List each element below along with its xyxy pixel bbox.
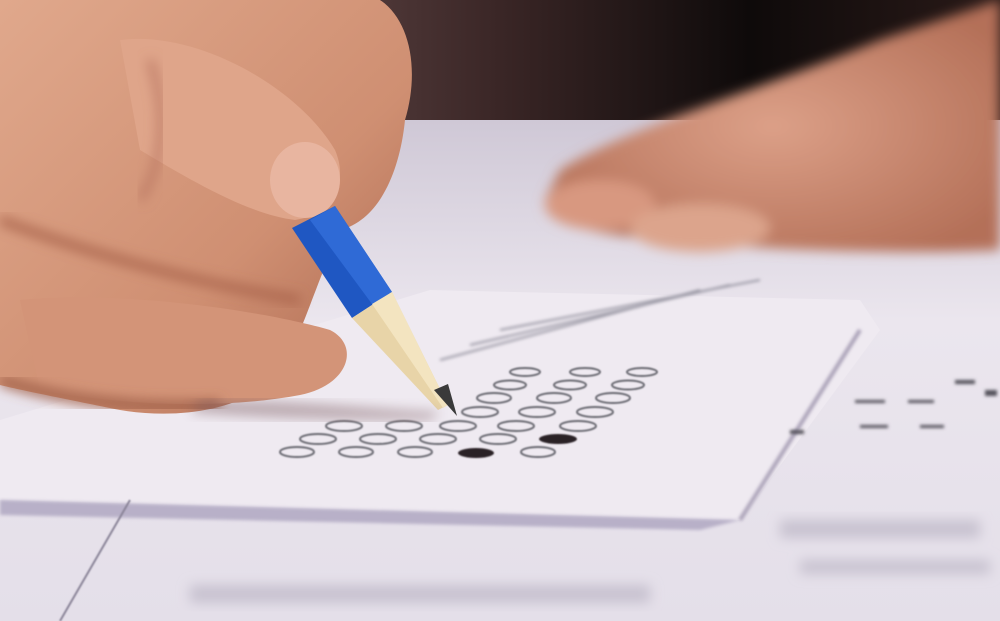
photo-scene (0, 0, 1000, 621)
photo-illustration (0, 0, 1000, 621)
